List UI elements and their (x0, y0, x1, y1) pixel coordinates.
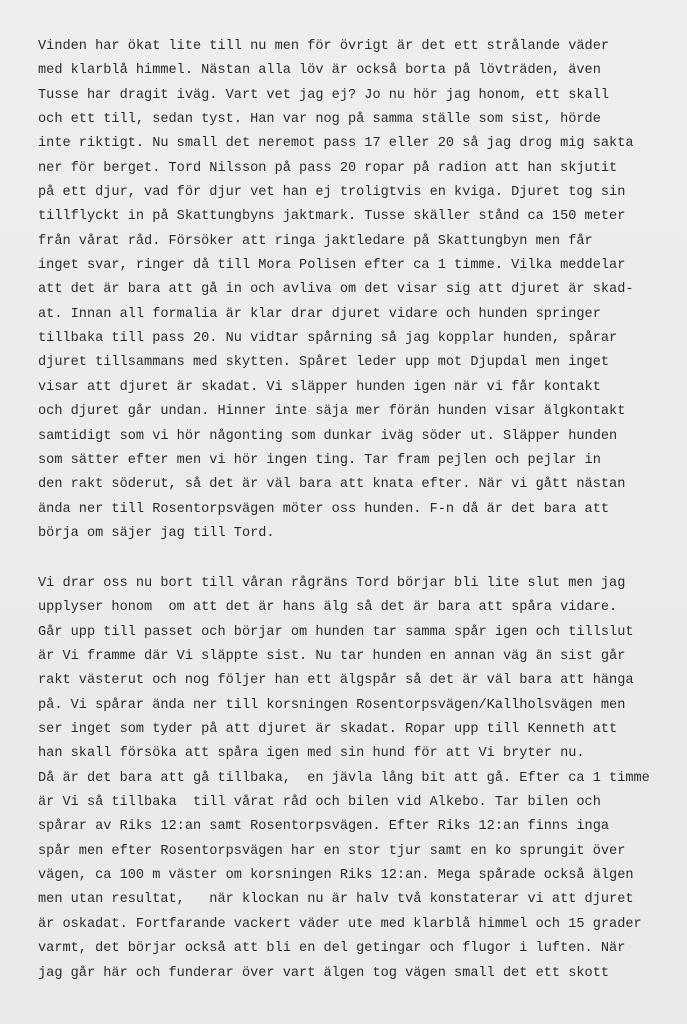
text-line: att det är bara att gå in och avliva om … (38, 278, 634, 302)
text-line: med klarblå himmel. Nästan alla löv är o… (38, 59, 634, 83)
text-line: inget svar, ringer då till Mora Polisen … (38, 254, 634, 278)
text-line: tillflyckt in på Skattungbyns jaktmark. … (38, 205, 634, 229)
text-line: börja om säjer jag till Tord. (38, 522, 634, 546)
text-line: den rakt söderut, så det är väl bara att… (38, 473, 634, 497)
text-line: är Vi så tillbaka till vårat råd och bil… (38, 791, 650, 815)
text-line: från vårat råd. Försöker att ringa jaktl… (38, 230, 634, 254)
text-line: upplyser honom om att det är hans älg så… (38, 596, 650, 620)
text-line: spår men efter Rosentorpsvägen har en st… (38, 840, 650, 864)
paragraph-1: Vinden har ökat lite till nu men för övr… (38, 35, 634, 546)
text-line: samtidigt som vi hör någonting som dunka… (38, 425, 634, 449)
text-line: men utan resultat, när klockan nu är hal… (38, 888, 650, 912)
typewritten-page: Vinden har ökat lite till nu men för övr… (0, 0, 687, 1024)
text-line: och ett till, sedan tyst. Han var nog på… (38, 108, 634, 132)
text-line: ner för berget. Tord Nilsson på pass 20 … (38, 157, 634, 181)
text-line: Vinden har ökat lite till nu men för övr… (38, 35, 634, 59)
text-line: visar att djuret är skadat. Vi släpper h… (38, 376, 634, 400)
text-line: varmt, det börjar också att bli en del g… (38, 937, 650, 961)
text-line: vägen, ca 100 m väster om korsningen Rik… (38, 864, 650, 888)
text-line: och djuret går undan. Hinner inte säja m… (38, 400, 634, 424)
text-line: ända ner till Rosentorpsvägen möter oss … (38, 498, 634, 522)
text-line: Går upp till passet och börjar om hunden… (38, 621, 650, 645)
text-line: på. Vi spårar ända ner till korsningen R… (38, 694, 650, 718)
text-line: spårar av Riks 12:an samt Rosentorpsväge… (38, 815, 650, 839)
text-line: inte riktigt. Nu small det neremot pass … (38, 132, 634, 156)
paragraph-2: Vi drar oss nu bort till våran rågräns T… (38, 572, 650, 986)
text-line: han skall försöka att spåra igen med sin… (38, 742, 650, 766)
text-line: tillbaka till pass 20. Nu vidtar spårnin… (38, 327, 634, 351)
text-line: djuret tillsammans med skytten. Spåret l… (38, 351, 634, 375)
text-line: är Vi framme där Vi släppte sist. Nu tar… (38, 645, 650, 669)
text-line: är oskadat. Fortfarande vackert väder ut… (38, 913, 650, 937)
text-line: rakt västerut och nog följer han ett älg… (38, 669, 650, 693)
text-line: Då är det bara att gå tillbaka, en jävla… (38, 767, 650, 791)
text-line: Tusse har dragit iväg. Vart vet jag ej? … (38, 84, 634, 108)
text-line: at. Innan all formalia är klar drar djur… (38, 303, 634, 327)
text-line: ser inget som tyder på att djuret är ska… (38, 718, 650, 742)
text-line: som sätter efter men vi hör ingen ting. … (38, 449, 634, 473)
text-line: Vi drar oss nu bort till våran rågräns T… (38, 572, 650, 596)
text-line: på ett djur, vad för djur vet han ej tro… (38, 181, 634, 205)
text-line: jag går här och funderar över vart älgen… (38, 962, 650, 986)
